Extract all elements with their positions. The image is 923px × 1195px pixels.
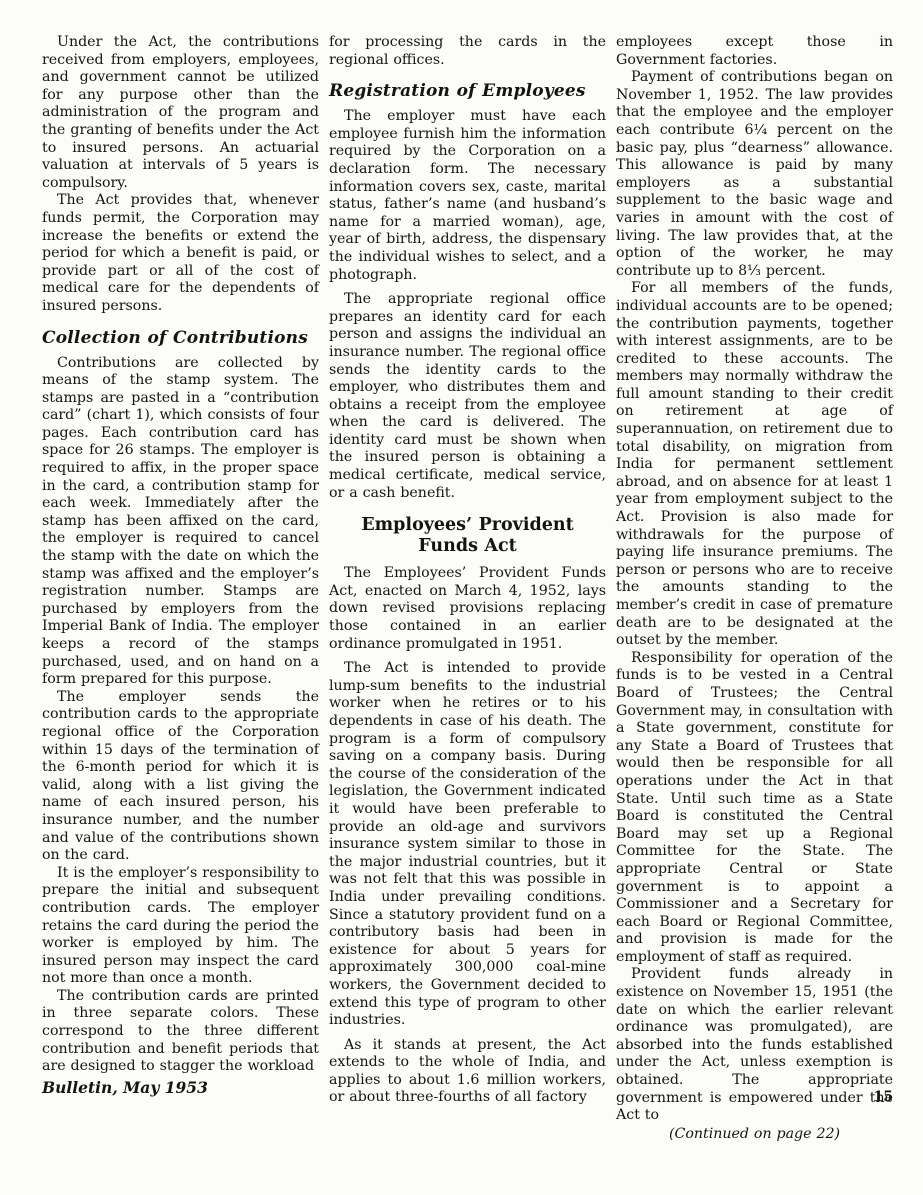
column-2: for processing the cards in the regional… [329,34,606,1143]
paragraph-continuation: for processing the cards in the regional… [329,34,606,69]
text-columns: Under the Act, the contributions receive… [0,0,923,1143]
document-page: Under the Act, the contributions receive… [0,0,923,1195]
paragraph: Payment of contributions began on Novemb… [616,69,893,280]
column-3: employees except those in Government fac… [616,34,893,1143]
paragraph: Under the Act, the contributions receive… [42,34,319,192]
journal-title-footer: Bulletin, May 1953 [42,1078,208,1097]
paragraph: The Act is intended to provide lump-sum … [329,660,606,1029]
paragraph: The Employees’ Provident Funds Act, enac… [329,565,606,653]
page-number: 15 [874,1089,893,1105]
paragraph: The employer sends the contribution card… [42,689,319,865]
column-1: Under the Act, the contributions receive… [42,34,319,1143]
paragraph: For all members of the funds, individual… [616,280,893,649]
paragraph-continuation: employees except those in Government fac… [616,34,893,69]
paragraph: Contributions are collected by means of … [42,355,319,689]
section-heading-registration-of-employees: Registration of Employees [329,81,606,101]
section-heading-employees-provident-funds-act: Employees’ Provident Funds Act [333,515,602,557]
paragraph: The employer must have each employee fur… [329,108,606,284]
continued-on-page-note: (Continued on page 22) [616,1126,893,1144]
section-heading-collection-of-contributions: Collection of Contributions [42,328,319,348]
paragraph: It is the employer’s responsibility to p… [42,865,319,988]
paragraph: The contribution cards are printed in th… [42,988,319,1076]
paragraph: Responsibility for operation of the fund… [616,650,893,967]
page-footer: Bulletin, May 1953 15 [42,1078,893,1105]
paragraph: The appropriate regional office prepares… [329,291,606,502]
paragraph: The Act provides that, whenever funds pe… [42,192,319,315]
